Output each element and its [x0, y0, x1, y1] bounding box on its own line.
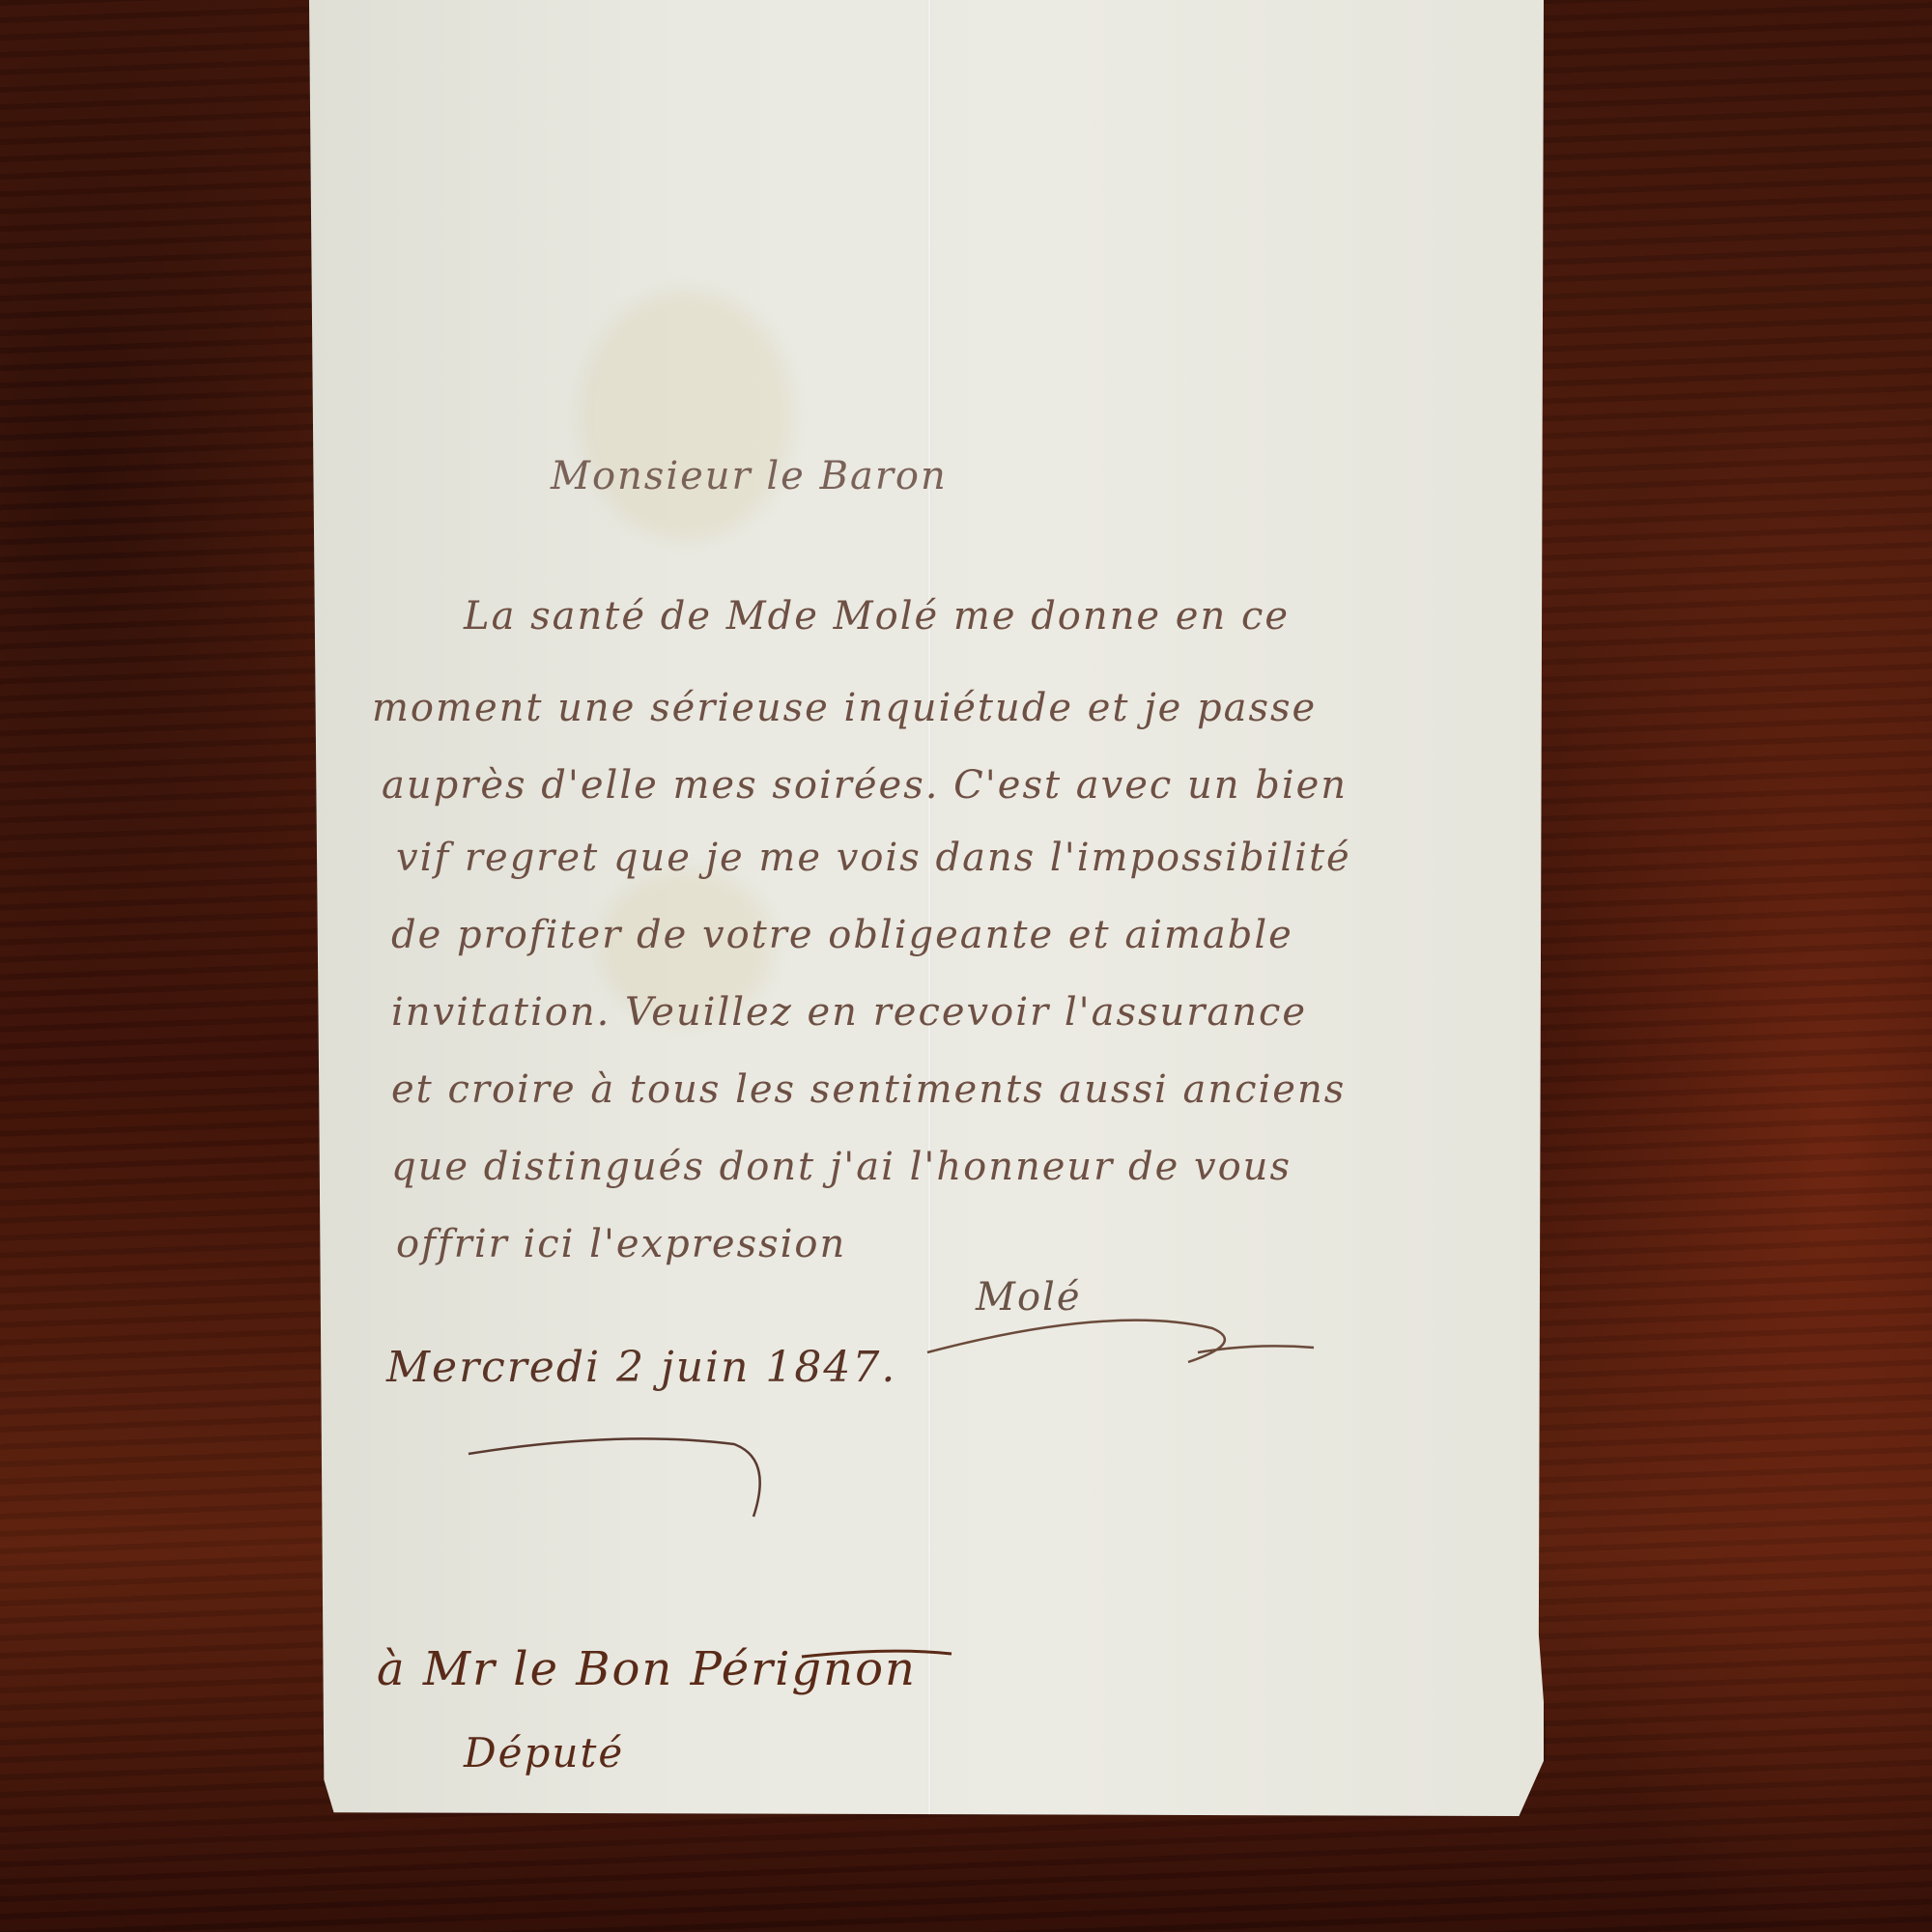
signature-flourish-icon	[0, 0, 1932, 1932]
address-title: Député	[464, 1729, 624, 1776]
address-recipient: à Mr le Bon Pérignon	[377, 1642, 917, 1696]
letter-date: Mercredi 2 juin 1847.	[386, 1343, 896, 1392]
